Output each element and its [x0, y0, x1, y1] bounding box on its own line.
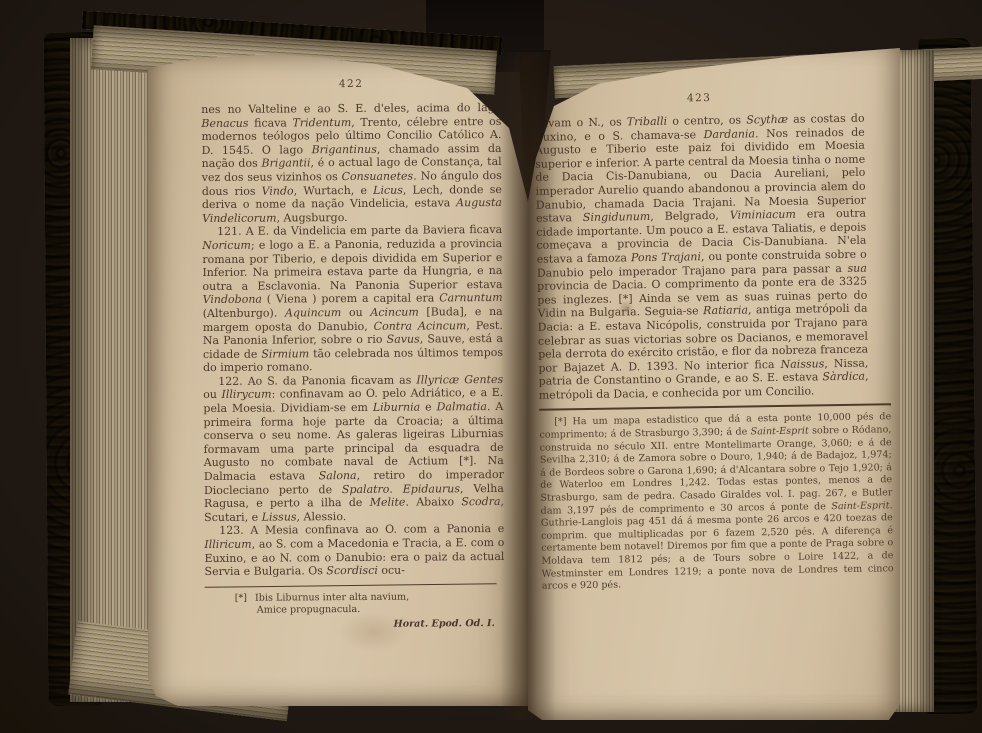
paragraph: [*] Ha um mapa estadistico que dá a esta…	[539, 412, 894, 594]
footnote-right: [*] Ha um mapa estadistico que dá a esta…	[539, 412, 894, 594]
footnote-rule-right	[539, 404, 891, 412]
footnote-verse-line2: Amice propugnacula.	[257, 603, 505, 617]
page-left-paragraphs: nes no Valteline e ao S. E. d'eles, acim…	[201, 101, 504, 579]
paragraph: 121. A E. da Vindelicia em parte da Bavi…	[202, 223, 503, 375]
page-number-right: 423	[534, 90, 864, 107]
footnote-left: [*]Ibis Liburnus inter alta navium, Amic…	[205, 591, 505, 633]
footnote-rule-left	[205, 583, 497, 588]
paragraph: nes no Valteline e ao S. E. d'eles, acim…	[201, 101, 502, 225]
footnote-attribution: Horat. Epod. Od. I.	[205, 618, 505, 633]
photo-background: 422 nes no Valteline e ao S. E. d'eles, …	[0, 0, 982, 733]
paragraph: 122. Ao S. da Panonia ficavam as Illyric…	[203, 373, 504, 525]
footnote-mark: [*]	[235, 593, 247, 604]
footnote-line1-text: Ibis Liburnus inter alta navium,	[255, 591, 409, 603]
page-left-text-block: 422 nes no Valteline e ao S. E. d'eles, …	[201, 77, 505, 632]
page-left: 422 nes no Valteline e ao S. E. d'eles, …	[148, 52, 528, 706]
page-right: 423 pavam o N., os Triballi o centro, os…	[528, 40, 900, 720]
open-book: 422 nes no Valteline e ao S. E. d'eles, …	[42, 22, 977, 716]
paragraph: 123. A Mesia confinava ao O. com a Panon…	[204, 522, 504, 578]
page-right-text-block: 423 pavam o N., os Triballi o centro, os…	[534, 89, 894, 593]
paragraph: pavam o N., os Triballi o centro, os Scy…	[534, 112, 868, 403]
page-right-paragraphs: pavam o N., os Triballi o centro, os Scy…	[534, 111, 890, 402]
